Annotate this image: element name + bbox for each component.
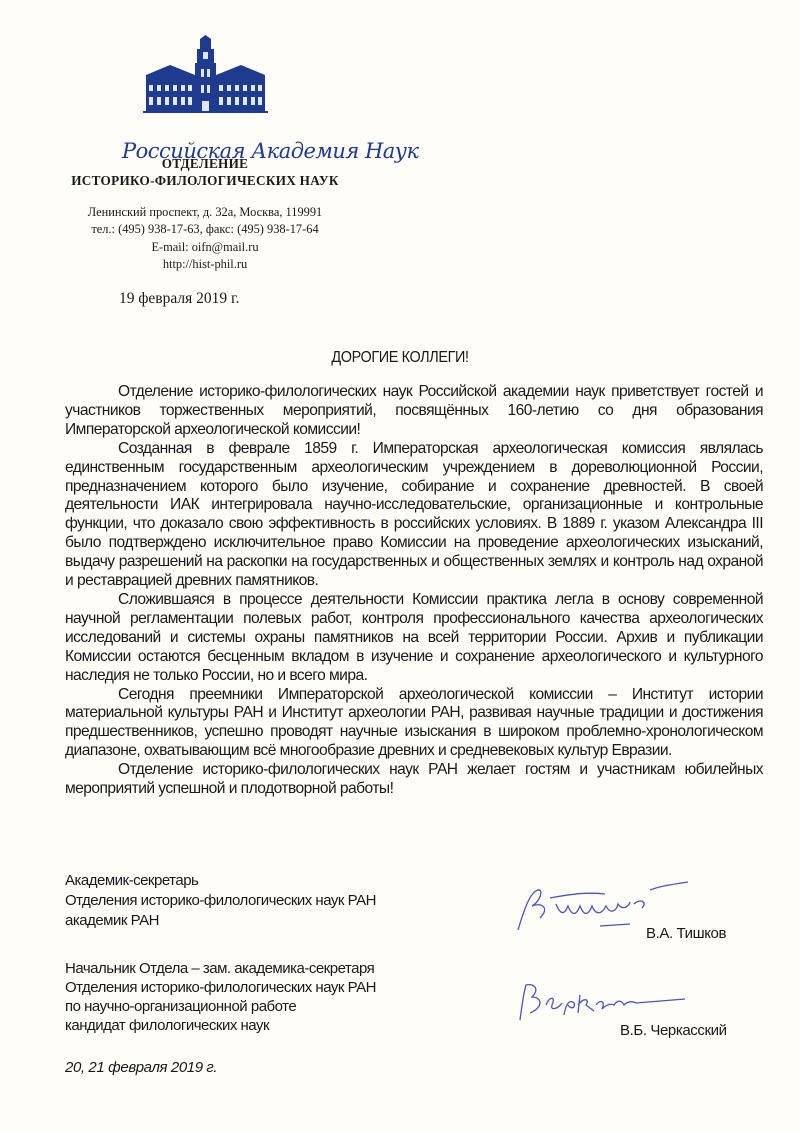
- contact-info: Ленинский проспект, д. 32а, Москва, 1199…: [40, 204, 370, 274]
- signatory-2-title: Начальник Отдела – зам. академика-секрет…: [65, 959, 376, 1035]
- paragraph: Сегодня преемники Императорской археолог…: [65, 686, 763, 762]
- email: E-mail: oifn@mail.ru: [40, 239, 370, 256]
- event-dates: 20, 21 февраля 2019 г.: [65, 1059, 217, 1076]
- letter-date: 19 февраля 2019 г.: [119, 290, 239, 308]
- website: http://hist-phil.ru: [40, 256, 370, 273]
- signatory-1-title: Академик-секретарь Отделения историко-фи…: [65, 871, 376, 931]
- paragraph: Отделение историко-филологических наук Р…: [65, 761, 763, 799]
- address: Ленинский проспект, д. 32а, Москва, 1199…: [40, 204, 370, 221]
- letter-body: Отделение историко-филологических наук Р…: [65, 383, 763, 799]
- academy-building-icon: [143, 35, 268, 113]
- greeting-heading: ДОРОГИЕ КОЛЛЕГИ!: [28, 349, 772, 367]
- signatory-1-name: В.А. Тишков: [646, 925, 726, 942]
- paragraph: Сложившаяся в процессе деятельности Коми…: [65, 591, 763, 686]
- phone: тел.: (495) 938-17-63, факс: (495) 938-1…: [40, 221, 370, 238]
- paragraph: Отделение историко-филологических наук Р…: [65, 383, 763, 440]
- paragraph: Созданная в феврале 1859 г. Императорска…: [65, 440, 763, 591]
- department-name: ОТДЕЛЕНИЕ ИСТОРИКО-ФИЛОЛОГИЧЕСКИХ НАУК: [40, 155, 370, 189]
- signatory-2-name: В.Б. Черкасский: [620, 1022, 727, 1039]
